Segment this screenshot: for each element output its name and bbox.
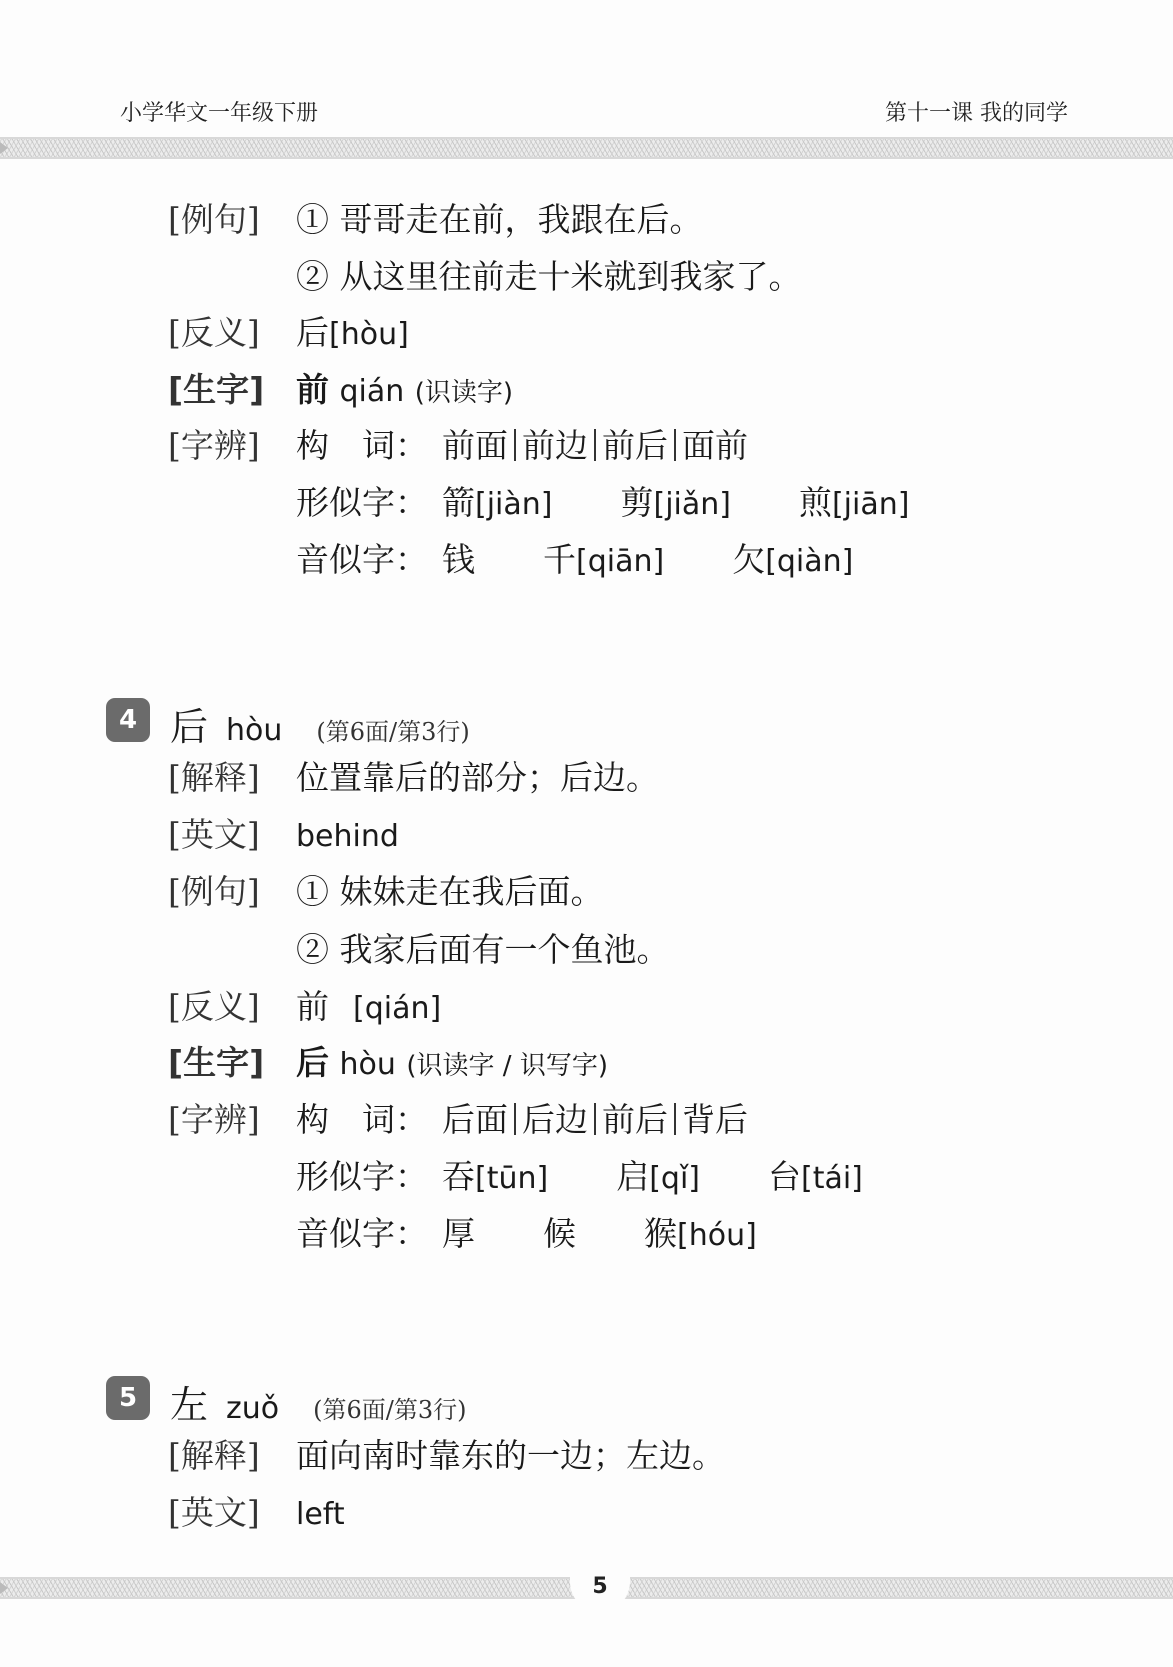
entry-pinyin: hòu (226, 713, 282, 748)
header-decorative-band (0, 137, 1173, 159)
book-title: 小学华文一年级下册 (120, 96, 318, 127)
similar-pinyin: [qiān] (576, 544, 664, 579)
antonym-tag: [反义] (168, 313, 296, 353)
similar-char: 启 (616, 1157, 649, 1196)
word: 前后 (602, 1100, 668, 1139)
divider (514, 429, 516, 461)
similar-shape-label: 形似字： (296, 483, 442, 523)
examples-row: ② 从这里往前走十米就到我家了。 (296, 257, 802, 297)
word: 前边 (522, 426, 588, 465)
similar-pinyin: [hóu] (677, 1218, 757, 1253)
similar-sound-row: 音似字：钱千[qiān]欠[qiàn] (296, 540, 853, 582)
examples-tag: [例句] (168, 200, 296, 240)
similar-shape-label: 形似字： (296, 1157, 442, 1197)
similar-pinyin: [tūn] (475, 1161, 548, 1196)
examples-row: [例句]① 哥哥走在前，我跟在后。 (168, 200, 703, 240)
example-sentence: ① 哥哥走在前，我跟在后。 (296, 200, 703, 239)
distinguish-tag: [字辨] (168, 426, 296, 466)
new-char-tag: [生字] (168, 1043, 296, 1083)
word: 后面 (442, 1100, 508, 1139)
example-sentence: ② 从这里往前走十米就到我家了。 (296, 257, 802, 296)
new-char-tag: [生字] (168, 370, 296, 410)
word: 后边 (522, 1100, 588, 1139)
antonym-pinyin: [hòu] (329, 317, 409, 352)
examples-row: [例句]① 妹妹走在我后面。 (168, 872, 604, 912)
explain-row: [解释]位置靠后的部分；后边。 (168, 758, 659, 798)
lesson-title: 第十一课 我的同学 (885, 96, 1068, 127)
english-tag: [英文] (168, 815, 296, 855)
entry-heading: 左zuǒ(第6面/第3行) (170, 1374, 467, 1429)
similar-char: 吞 (442, 1157, 475, 1196)
distinguish-tag: [字辨] (168, 1100, 296, 1140)
new-char-row: [生字]前 qián (识读字) (168, 370, 513, 413)
similar-pinyin: [jiàn] (475, 487, 552, 522)
entry-number-badge: 5 (106, 1376, 150, 1420)
similar-shape-row: 形似字：吞[tūn]启[qǐ]台[tái] (296, 1157, 863, 1199)
divider (674, 429, 676, 461)
new-char-type: (识读字) (415, 378, 513, 408)
new-char-pinyin: qián (340, 374, 405, 409)
english-text: left (296, 1497, 345, 1532)
words-label: 构 词： (296, 1100, 442, 1140)
similar-pinyin: [jiǎn] (653, 487, 730, 522)
similar-pinyin: [jiān] (832, 487, 909, 522)
similar-char: 厚 (442, 1214, 475, 1253)
antonym-tag: [反义] (168, 987, 296, 1027)
word: 面前 (682, 426, 748, 465)
similar-char: 台 (768, 1157, 801, 1196)
similar-char: 剪 (620, 483, 653, 522)
similar-sound-row: 音似字：厚候猴[hóu] (296, 1214, 757, 1256)
similar-char: 千 (543, 540, 576, 579)
example-sentence: ① 妹妹走在我后面。 (296, 872, 604, 911)
similar-sound-label: 音似字： (296, 1214, 442, 1254)
entry-char: 后 (170, 705, 208, 749)
example-sentence: ② 我家后面有一个鱼池。 (296, 930, 670, 969)
words-row: [字辨]构 词：后面后边前后背后 (168, 1100, 748, 1140)
divider (594, 1103, 596, 1135)
explain-text: 位置靠后的部分；后边。 (296, 758, 659, 797)
new-char-row: [生字]后 hòu (识读字 / 识写字) (168, 1043, 608, 1086)
antonym-pinyin: [qián] (353, 991, 441, 1026)
similar-char: 箭 (442, 483, 475, 522)
entry-heading: 后hòu(第6面/第3行) (170, 696, 470, 751)
similar-pinyin: [tái] (801, 1161, 863, 1196)
examples-tag: [例句] (168, 872, 296, 912)
entry-number-badge: 4 (106, 698, 150, 742)
words-row: [字辨]构 词：前面前边前后面前 (168, 426, 748, 466)
divider (514, 1103, 516, 1135)
similar-pinyin: [qiàn] (765, 544, 853, 579)
similar-shape-row: 形似字：箭[jiàn]剪[jiǎn]煎[jiān] (296, 483, 909, 525)
divider (674, 1103, 676, 1135)
word: 前面 (442, 426, 508, 465)
english-text: behind (296, 819, 399, 854)
antonym-row: [反义]前[qián] (168, 987, 441, 1029)
explain-row: [解释]面向南时靠东的一边；左边。 (168, 1436, 725, 1476)
word: 前后 (602, 426, 668, 465)
new-char-pinyin: hòu (340, 1047, 396, 1082)
english-row: [英文]left (168, 1493, 345, 1535)
similar-char: 欠 (732, 540, 765, 579)
new-char: 前 (296, 370, 329, 409)
antonym-row: [反义]后[hòu] (168, 313, 409, 355)
explain-text: 面向南时靠东的一边；左边。 (296, 1436, 725, 1475)
entry-reference: (第6面/第3行) (313, 1396, 466, 1424)
entry-pinyin: zuǒ (226, 1391, 279, 1426)
similar-char: 煎 (799, 483, 832, 522)
entry-char: 左 (170, 1383, 208, 1427)
new-char-type: (识读字 / 识写字) (406, 1051, 608, 1081)
divider (594, 429, 596, 461)
similar-char: 候 (543, 1214, 576, 1253)
entry-reference: (第6面/第3行) (316, 718, 469, 746)
words-label: 构 词： (296, 426, 442, 466)
explain-tag: [解释] (168, 1436, 296, 1476)
similar-char: 猴 (644, 1214, 677, 1253)
similar-char: 钱 (442, 540, 475, 579)
word: 背后 (682, 1100, 748, 1139)
page-number: 5 (592, 1574, 607, 1599)
similar-pinyin: [qǐ] (649, 1161, 700, 1196)
antonym-char: 后 (296, 313, 329, 352)
new-char: 后 (296, 1043, 329, 1082)
similar-sound-label: 音似字： (296, 540, 442, 580)
explain-tag: [解释] (168, 758, 296, 798)
english-tag: [英文] (168, 1493, 296, 1533)
page-number-tab: 5 (570, 1562, 630, 1612)
examples-row: ② 我家后面有一个鱼池。 (296, 930, 670, 970)
antonym-char: 前 (296, 987, 329, 1026)
english-row: [英文]behind (168, 815, 399, 857)
